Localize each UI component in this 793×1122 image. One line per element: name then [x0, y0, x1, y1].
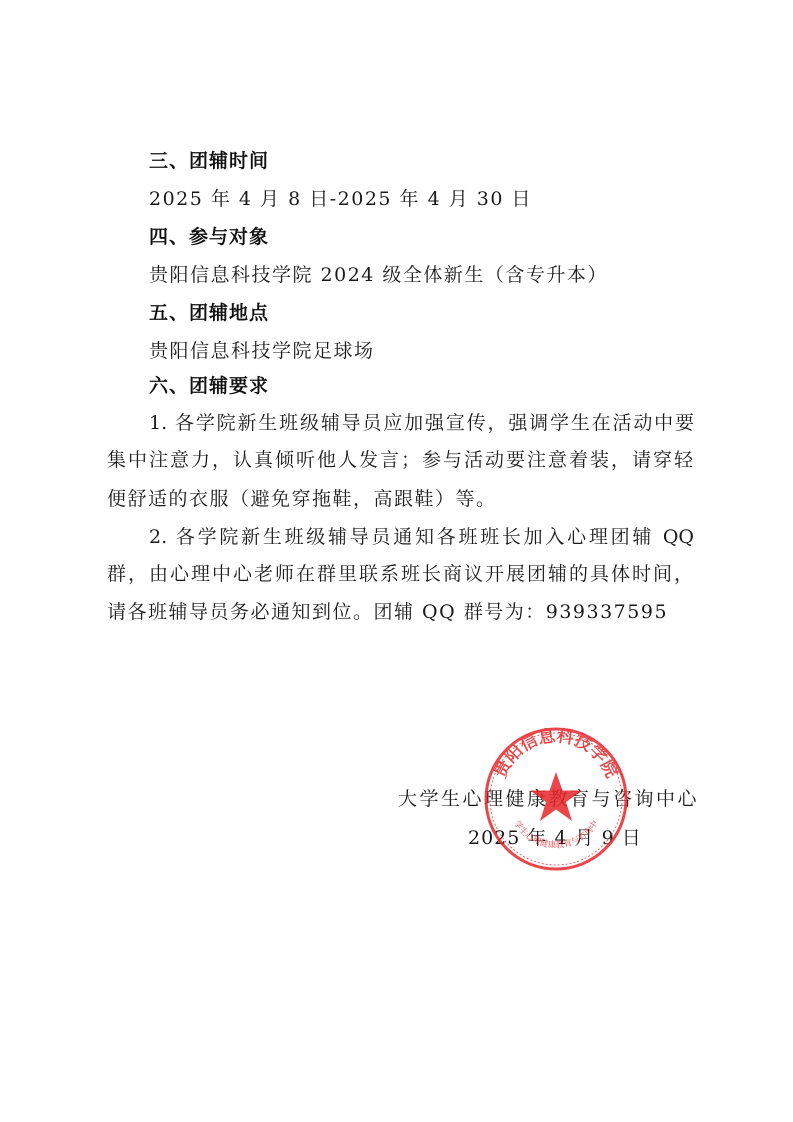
official-seal-icon: 贵阳信息科技学院 大学生心理健康教育与咨询中心 — [483, 726, 629, 872]
requirement-2-line-2: 群，由心理中心老师在群里联系班长商议开展团辅的具体时间， — [107, 562, 693, 586]
document-page: 三、团辅时间 2025 年 4 月 8 日-2025 年 4 月 30 日 四、… — [0, 0, 793, 1122]
section-content-participants: 贵阳信息科技学院 2024 级全体新生（含专升本） — [149, 263, 608, 287]
svg-text:贵阳信息科技学院: 贵阳信息科技学院 — [491, 726, 623, 781]
section-heading-time: 三、团辅时间 — [149, 149, 269, 173]
requirement-1-line-3: 便舒适的衣服（避免穿拖鞋，高跟鞋）等。 — [107, 487, 497, 511]
requirement-1-line-1: 1. 各学院新生班级辅导员应加强宣传，强调学生在活动中要 — [149, 411, 694, 435]
section-heading-requirements: 六、团辅要求 — [149, 374, 269, 398]
requirement-1-line-2: 集中注意力，认真倾听他人发言；参与活动要注意着装，请穿轻 — [107, 448, 693, 472]
requirement-2-line-1: 2. 各学院新生班级辅导员通知各班班长加入心理团辅 QQ — [149, 525, 694, 549]
section-heading-location: 五、团辅地点 — [149, 301, 269, 325]
requirement-2-line-3: 请各班辅导员务必通知到位。团辅 QQ 群号为：939337595 — [107, 600, 668, 624]
section-content-location: 贵阳信息科技学院足球场 — [149, 339, 375, 363]
section-heading-participants: 四、参与对象 — [149, 225, 269, 249]
section-content-time: 2025 年 4 月 8 日-2025 年 4 月 30 日 — [149, 187, 532, 211]
